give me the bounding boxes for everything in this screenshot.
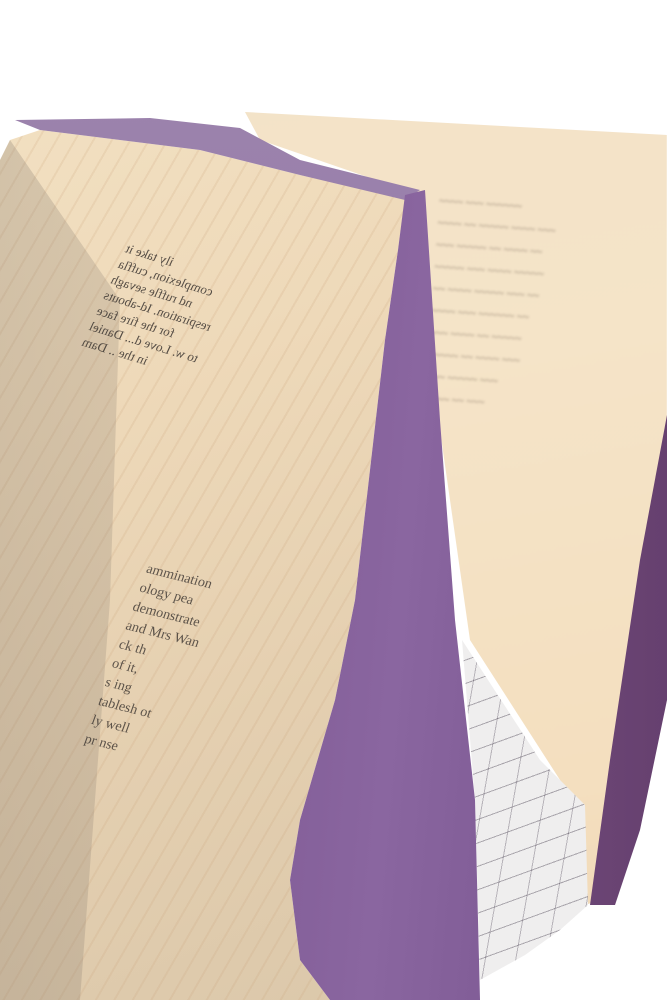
book-sculpture-photo: ~~~~ ~~~ ~~~~~~ ~~~~ ~~ ~~~~~ ~~~~ ~~~ ~… bbox=[0, 0, 667, 1000]
back-page-text: ~~~~ ~~~ ~~~~~~ ~~~~ ~~ ~~~~~ ~~~~ ~~~ ~… bbox=[425, 190, 558, 418]
